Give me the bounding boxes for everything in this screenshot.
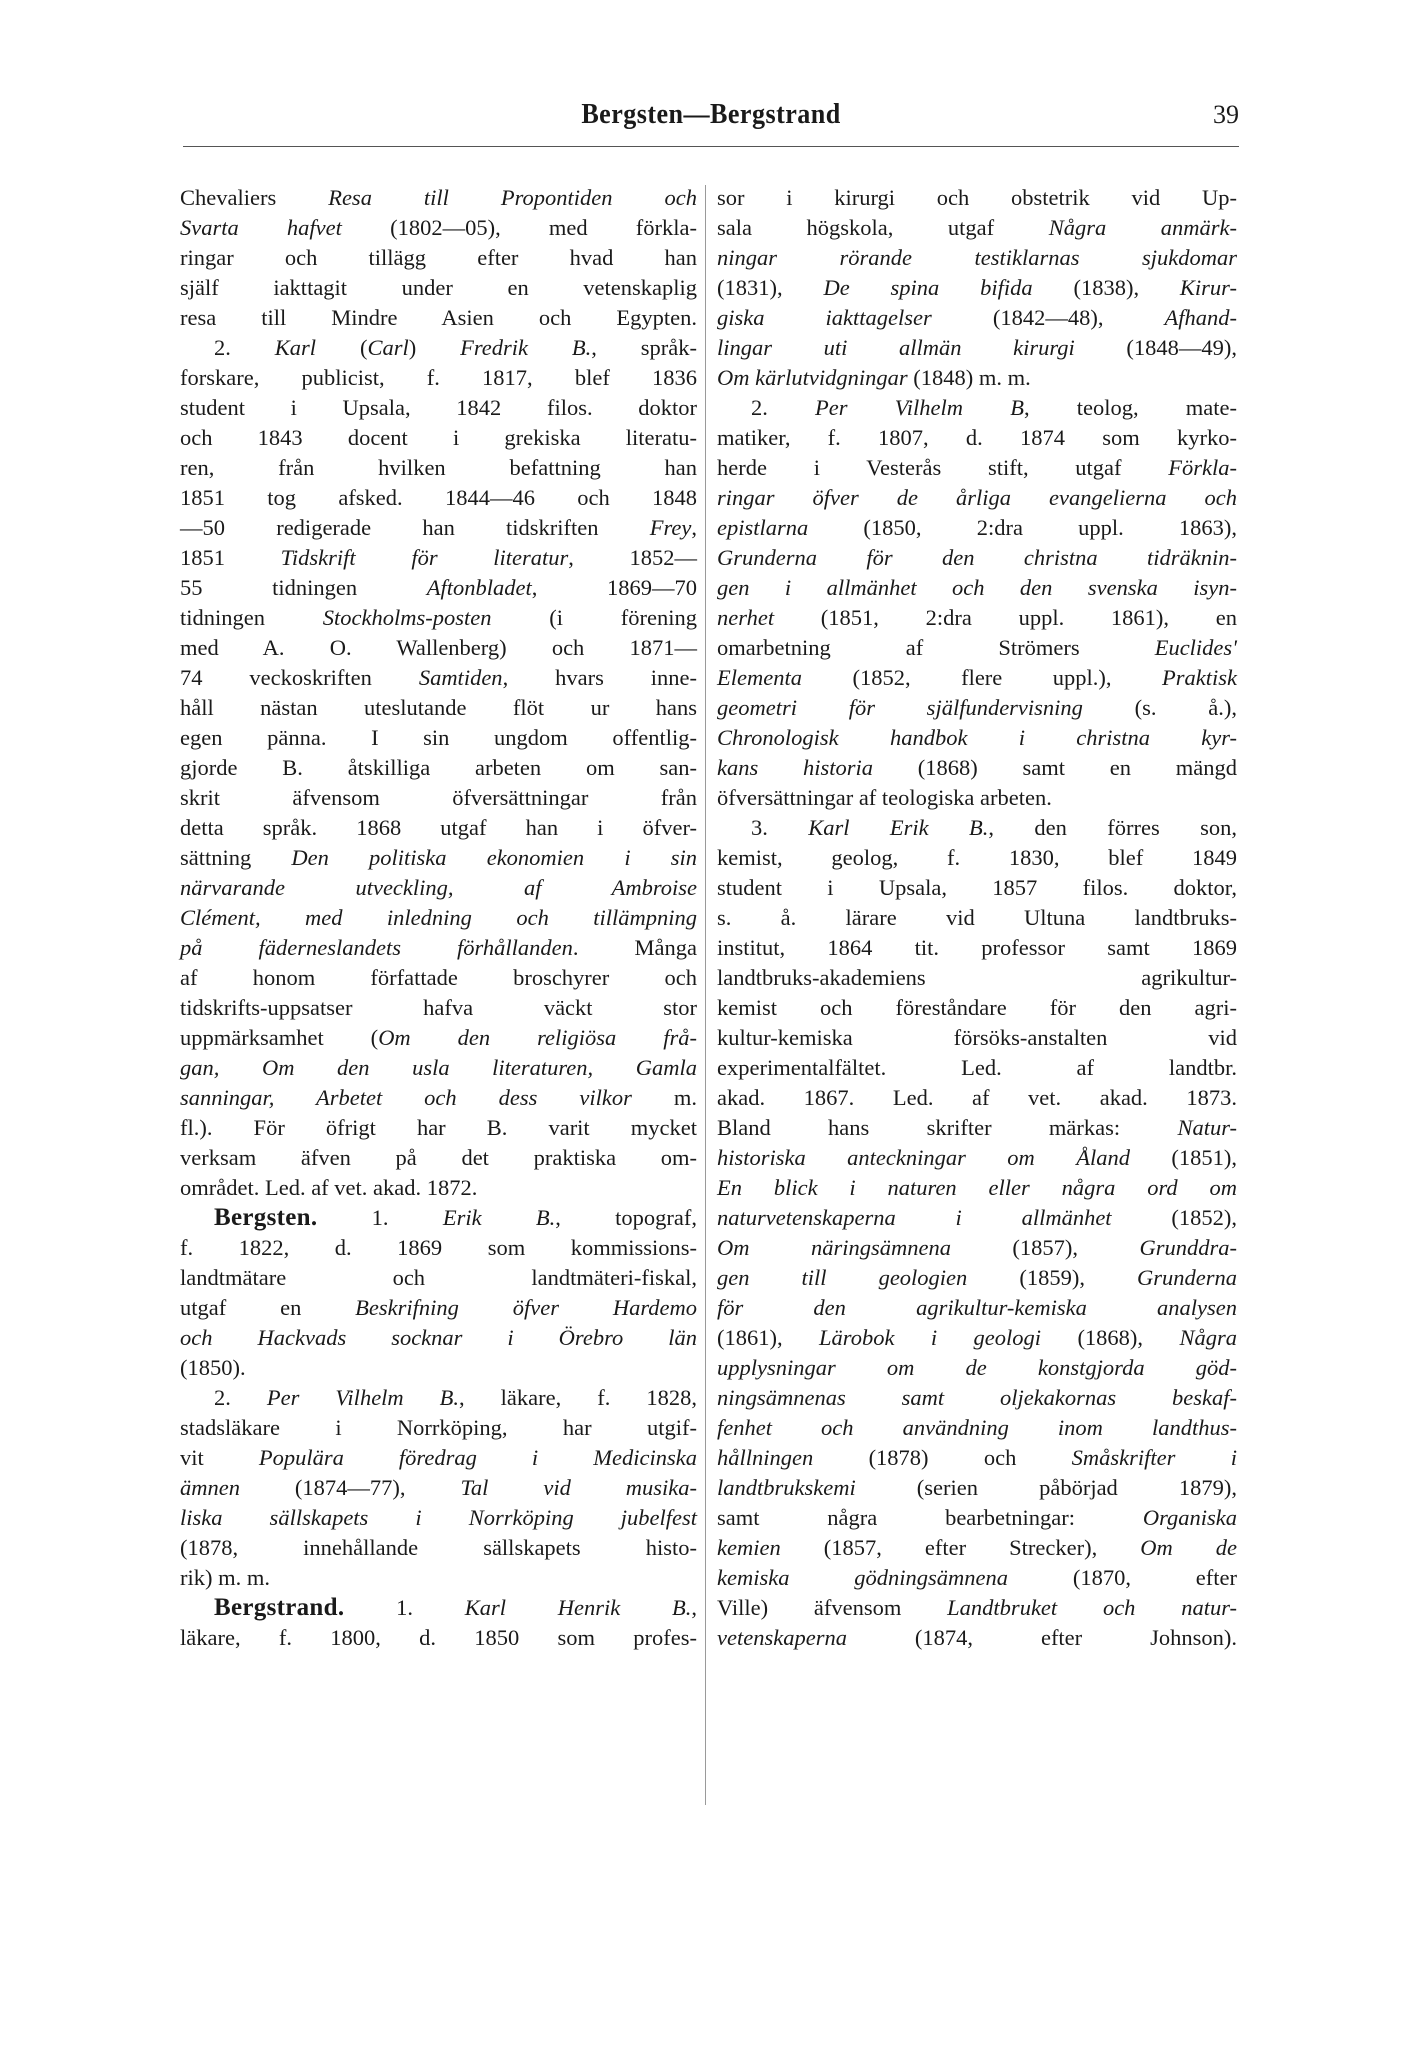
italic-title: epistlarna <box>717 515 808 540</box>
text-segment: (1868), <box>1041 1325 1179 1350</box>
text-segment: student i Upsala, 1842 filos. doktor <box>180 395 697 420</box>
text-line: (1831), De spina bifida (1838), Kirur- <box>717 273 1237 303</box>
text-line: student i Upsala, 1857 filos. doktor, <box>717 873 1237 903</box>
italic-title: Den politiska ekonomien i sin <box>291 845 697 870</box>
text-segment: håll nästan uteslutande flöt ur hans <box>180 695 697 720</box>
text-line: nerhet (1851, 2:dra uppl. 1861), en <box>717 603 1237 633</box>
text-segment: (1874, efter Johnson). <box>847 1625 1237 1650</box>
italic-title: Samtiden <box>419 665 503 690</box>
text-line: området. Led. af vet. akad. 1872. <box>180 1173 697 1203</box>
text-segment: (1861), <box>717 1325 819 1350</box>
text-segment: s. å. lärare vid Ultuna landtbruks- <box>717 905 1237 930</box>
italic-title: Carl <box>367 335 408 360</box>
text-line: giska iakttagelser (1842—48), Afhand- <box>717 303 1237 333</box>
text-line: sor i kirurgi och obstetrik vid Up- <box>717 183 1237 213</box>
text-line: sanningar, Arbetet och dess vilkor m. <box>180 1083 697 1113</box>
italic-title: ringar öfver de årliga evangelierna och <box>717 485 1237 510</box>
text-line: öfversättningar af teologiska arbeten. <box>717 783 1237 813</box>
text-segment: 2. <box>214 1385 267 1410</box>
text-segment: akad. 1867. Led. af vet. akad. 1873. <box>717 1085 1237 1110</box>
italic-title: Tidskrift för literatur <box>281 545 569 570</box>
text-segment: (1850, 2:dra uppl. 1863), <box>808 515 1237 540</box>
italic-title: landtbrukskemi <box>717 1475 856 1500</box>
text-segment: (1859), <box>967 1265 1137 1290</box>
italic-title: på fäderneslandets förhållanden <box>180 935 573 960</box>
text-line: Bergsten. 1. Erik B., topograf, <box>180 1203 697 1233</box>
text-line: student i Upsala, 1842 filos. doktor <box>180 393 697 423</box>
text-segment: (s. å.), <box>1083 695 1237 720</box>
text-line: Bergstrand. 1. Karl Henrik B., <box>180 1593 697 1623</box>
text-line: ringar öfver de årliga evangelierna och <box>717 483 1237 513</box>
text-line: själf iakttagit under en vetenskaplig <box>180 273 697 303</box>
text-segment: sala högskola, utgaf <box>717 215 1049 240</box>
text-segment: , läkare, f. 1828, <box>459 1385 697 1410</box>
italic-title: Om näringsämnena <box>717 1235 951 1260</box>
italic-title: Fredrik B. <box>460 335 591 360</box>
text-segment: Chevaliers <box>180 185 328 210</box>
text-segment: —50 redigerade han tidskriften <box>180 515 650 540</box>
text-segment: 55 tidningen <box>180 575 427 600</box>
text-segment: herde i Vesterås stift, utgaf <box>717 455 1168 480</box>
italic-title: Några anmärk- <box>1049 215 1237 240</box>
italic-title: Euclides' <box>1155 635 1237 660</box>
italic-title: nerhet <box>717 605 774 630</box>
page-title: Bergsten—Bergstrand <box>236 98 1186 131</box>
text-line: (1878, innehållande sällskapets histo- <box>180 1533 697 1563</box>
text-line: kans historia (1868) samt en mängd <box>717 753 1237 783</box>
text-line: —50 redigerade han tidskriften Frey, <box>180 513 697 543</box>
column-divider <box>705 185 706 1805</box>
text-line: kultur-kemiska försöks-anstalten vid <box>717 1023 1237 1053</box>
italic-title: fenhet och användning inom landthus- <box>717 1415 1237 1440</box>
text-segment: 1851 <box>180 545 281 570</box>
italic-title: giska iakttagelser <box>717 305 932 330</box>
text-line: vetenskaperna (1874, efter Johnson). <box>717 1623 1237 1653</box>
text-segment: 2. <box>751 395 815 420</box>
text-line: tidningen Stockholms-posten (i förening <box>180 603 697 633</box>
text-line: uppmärksamhet (Om den religiösa frå- <box>180 1023 697 1053</box>
text-line: (1850). <box>180 1353 697 1383</box>
text-line: f. 1822, d. 1869 som kommissions- <box>180 1233 697 1263</box>
italic-title: Populära föredrag i Medicinska <box>259 1445 697 1470</box>
text-segment: gjorde B. åtskilliga arbeten om san- <box>180 755 697 780</box>
text-segment: , 1869—70 <box>532 575 697 600</box>
italic-title: Aftonbladet <box>427 575 532 600</box>
text-line: ämnen (1874—77), Tal vid musika- <box>180 1473 697 1503</box>
text-line: för den agrikultur-kemiska analysen <box>717 1293 1237 1323</box>
text-segment: detta språk. 1868 utgaf han i öfver- <box>180 815 697 840</box>
text-line: s. å. lärare vid Ultuna landtbruks- <box>717 903 1237 933</box>
text-line: 1851 tog afsked. 1844—46 och 1848 <box>180 483 697 513</box>
text-segment: tidningen <box>180 605 323 630</box>
italic-title: Karl <box>275 335 316 360</box>
text-line: ningar rörande testiklarnas sjukdomar <box>717 243 1237 273</box>
text-line: landtmätare och landtmäteri-fiskal, <box>180 1263 697 1293</box>
italic-title: sanningar, Arbetet och dess vilkor <box>180 1085 632 1110</box>
italic-title: Landtbruket och natur- <box>947 1595 1237 1620</box>
italic-title: närvarande utveckling, af Ambroise <box>180 875 697 900</box>
text-segment: fl.). För öfrigt har B. varit mycket <box>180 1115 697 1140</box>
text-segment: 74 veckoskriften <box>180 665 419 690</box>
text-segment: Ville) äfvensom <box>717 1595 947 1620</box>
text-segment: (1851), <box>1130 1145 1237 1170</box>
italic-title: lingar uti allmän kirurgi <box>717 335 1075 360</box>
italic-title: gen till geologien <box>717 1265 967 1290</box>
left-column: Chevaliers Resa till Propontiden ochSvar… <box>180 183 697 1653</box>
text-segment: öfversättningar af teologiska arbeten. <box>717 785 1052 810</box>
text-segment: och 1843 docent i grekiska literatu- <box>180 425 697 450</box>
text-segment: resa till Mindre Asien och Egypten. <box>180 305 697 330</box>
italic-title: ämnen <box>180 1475 240 1500</box>
text-segment: samt några bearbetningar: <box>717 1505 1143 1530</box>
text-line: 55 tidningen Aftonbladet, 1869—70 <box>180 573 697 603</box>
text-line: kemist, geolog, f. 1830, blef 1849 <box>717 843 1237 873</box>
italic-title: En blick i naturen eller några ord om <box>717 1175 1237 1200</box>
italic-title: gan, Om den usla literaturen, Gamla <box>180 1055 697 1080</box>
text-segment: experimentalfältet. Led. af landtbr. <box>717 1055 1237 1080</box>
italic-title: Tal vid musika- <box>460 1475 697 1500</box>
text-line: detta språk. 1868 utgaf han i öfver- <box>180 813 697 843</box>
text-line: läkare, f. 1800, d. 1850 som profes- <box>180 1623 697 1653</box>
text-line: stadsläkare i Norrköping, har utgif- <box>180 1413 697 1443</box>
text-segment: utgaf en <box>180 1295 355 1320</box>
text-line: herde i Vesterås stift, utgaf Förkla- <box>717 453 1237 483</box>
text-segment: (1857), <box>951 1235 1140 1260</box>
italic-title: och Hackvads socknar i Örebro län <box>180 1325 697 1350</box>
italic-title: geometri för själfundervisning <box>717 695 1083 720</box>
italic-title: Karl Erik B. <box>808 815 988 840</box>
text-segment: , <box>691 1595 697 1620</box>
text-line: närvarande utveckling, af Ambroise <box>180 873 697 903</box>
text-line: naturvetenskaperna i allmänhet (1852), <box>717 1203 1237 1233</box>
text-segment: (1868) samt en mängd <box>873 755 1237 780</box>
text-line: och Hackvads socknar i Örebro län <box>180 1323 697 1353</box>
text-line: resa till Mindre Asien och Egypten. <box>180 303 697 333</box>
italic-title: Beskrifning öfver Hardemo <box>355 1295 697 1320</box>
text-segment: (1870, efter <box>1008 1565 1237 1590</box>
text-segment: området. Led. af vet. akad. 1872. <box>180 1175 477 1200</box>
text-line: rik) m. m. <box>180 1563 697 1593</box>
italic-title: Frey <box>650 515 692 540</box>
text-line: landtbruks-akademiens agrikultur- <box>717 963 1237 993</box>
text-segment: af honom författade broschyrer och <box>180 965 697 990</box>
text-line: hållningen (1878) och Småskrifter i <box>717 1443 1237 1473</box>
text-line: med A. O. Wallenberg) och 1871— <box>180 633 697 663</box>
italic-title: för den agrikultur-kemiska analysen <box>717 1295 1237 1320</box>
text-line: och 1843 docent i grekiska literatu- <box>180 423 697 453</box>
text-line: sättning Den politiska ekonomien i sin <box>180 843 697 873</box>
text-segment: rik) m. m. <box>180 1565 270 1590</box>
italic-title: Grunderna <box>1137 1265 1237 1290</box>
italic-title: Stockholms-posten <box>323 605 492 630</box>
text-line: landtbrukskemi (serien påbörjad 1879), <box>717 1473 1237 1503</box>
entry-headword: Bergstrand. <box>214 1594 344 1621</box>
text-segment: (1850). <box>180 1355 246 1380</box>
text-line: geometri för själfundervisning (s. å.), <box>717 693 1237 723</box>
text-segment: matiker, f. 1807, d. 1874 som kyrko- <box>717 425 1237 450</box>
text-segment: (1842—48), <box>932 305 1165 330</box>
italic-title: vetenskaperna <box>717 1625 847 1650</box>
italic-title: ningar rörande testiklarnas sjukdomar <box>717 245 1237 270</box>
italic-title: Organiska <box>1143 1505 1237 1530</box>
text-segment: ren, från hvilken befattning han <box>180 455 697 480</box>
text-line: experimentalfältet. Led. af landtbr. <box>717 1053 1237 1083</box>
text-segment: student i Upsala, 1857 filos. doktor, <box>717 875 1237 900</box>
text-line: gen till geologien (1859), Grunderna <box>717 1263 1237 1293</box>
text-segment: (1848) m. m. <box>908 365 1031 390</box>
text-line: Om kärlutvidgningar (1848) m. m. <box>717 363 1237 393</box>
text-segment: tidskrifts-uppsatser hafva väckt stor <box>180 995 697 1020</box>
italic-title: Erik B. <box>443 1205 555 1230</box>
text-line: ren, från hvilken befattning han <box>180 453 697 483</box>
text-segment: själf iakttagit under en vetenskaplig <box>180 275 697 300</box>
text-segment: kemist, geolog, f. 1830, blef 1849 <box>717 845 1237 870</box>
text-segment: verksam äfven på det praktiska om- <box>180 1145 697 1170</box>
text-line: Ville) äfvensom Landtbruket och natur- <box>717 1593 1237 1623</box>
text-line: 2. Per Vilhelm B, teolog, mate- <box>717 393 1237 423</box>
entry-headword: Bergsten. <box>214 1204 317 1231</box>
text-segment: (1831), <box>717 275 823 300</box>
text-line: Chronologisk handbok i christna kyr- <box>717 723 1237 753</box>
text-segment: omarbetning af Strömers <box>717 635 1155 660</box>
text-segment: (1874—77), <box>240 1475 460 1500</box>
text-line: kemist och föreståndare för den agri- <box>717 993 1237 1023</box>
text-segment: sor i kirurgi och obstetrik vid Up- <box>717 185 1237 210</box>
text-line: ningsämnenas samt oljekakornas beskaf- <box>717 1383 1237 1413</box>
text-segment: institut, 1864 tit. professor samt 1869 <box>717 935 1237 960</box>
text-segment: 1851 tog afsked. 1844—46 och 1848 <box>180 485 697 510</box>
text-line: gjorde B. åtskilliga arbeten om san- <box>180 753 697 783</box>
italic-title: Om de <box>1140 1535 1237 1560</box>
text-line: institut, 1864 tit. professor samt 1869 <box>717 933 1237 963</box>
text-segment: (1838), <box>1033 275 1180 300</box>
text-segment: , hvars inne- <box>503 665 697 690</box>
text-line: En blick i naturen eller några ord om <box>717 1173 1237 1203</box>
italic-title: upplysningar om de konstgjorda göd- <box>717 1355 1237 1380</box>
text-line: Om näringsämnena (1857), Grunddra- <box>717 1233 1237 1263</box>
text-line: upplysningar om de konstgjorda göd- <box>717 1353 1237 1383</box>
text-segment: sättning <box>180 845 291 870</box>
text-segment: (1848—49), <box>1075 335 1237 360</box>
text-segment: uppmärksamhet ( <box>180 1025 378 1050</box>
text-segment: (1852), <box>1112 1205 1237 1230</box>
italic-title: kemiska gödningsämnena <box>717 1565 1008 1590</box>
right-column: sor i kirurgi och obstetrik vid Up-sala … <box>717 183 1237 1653</box>
text-segment: , 1852— <box>568 545 697 570</box>
italic-title: Lärobok i geologi <box>819 1325 1041 1350</box>
italic-title: kans historia <box>717 755 873 780</box>
text-segment: , den förres son, <box>988 815 1237 840</box>
italic-title: Några <box>1179 1325 1237 1350</box>
text-segment: landtmätare och landtmäteri-fiskal, <box>180 1265 697 1290</box>
text-line: utgaf en Beskrifning öfver Hardemo <box>180 1293 697 1323</box>
text-segment: , teolog, mate- <box>1024 395 1237 420</box>
text-segment: forskare, publicist, f. 1817, blef 1836 <box>180 365 697 390</box>
italic-title: naturvetenskaperna i allmänhet <box>717 1205 1112 1230</box>
text-line: Chevaliers Resa till Propontiden och <box>180 183 697 213</box>
italic-title: ningsämnenas samt oljekakornas beskaf- <box>717 1385 1237 1410</box>
text-line: 74 veckoskriften Samtiden, hvars inne- <box>180 663 697 693</box>
italic-title: hållningen <box>717 1445 813 1470</box>
italic-title: kemien <box>717 1535 781 1560</box>
text-line: gen i allmänhet och den svenska isyn- <box>717 573 1237 603</box>
text-segment: (1852, flere uppl.), <box>802 665 1162 690</box>
text-line: gan, Om den usla literaturen, Gamla <box>180 1053 697 1083</box>
text-segment: . Många <box>573 935 697 960</box>
italic-title: Om kärlutvidgningar <box>717 365 908 390</box>
text-line: verksam äfven på det praktiska om- <box>180 1143 697 1173</box>
text-segment: (1878) och <box>813 1445 1071 1470</box>
text-segment: 1. <box>344 1595 464 1620</box>
text-segment: , topograf, <box>555 1205 697 1230</box>
text-line: epistlarna (1850, 2:dra uppl. 1863), <box>717 513 1237 543</box>
italic-title: historiska anteckningar om Åland <box>717 1145 1130 1170</box>
text-line: omarbetning af Strömers Euclides' <box>717 633 1237 663</box>
text-segment: läkare, f. 1800, d. 1850 som profes- <box>180 1625 697 1650</box>
italic-title: Per Vilhelm B. <box>267 1385 459 1410</box>
italic-title: liska sällskapets i Norrköping jubelfest <box>180 1505 697 1530</box>
text-segment: (1857, efter Strecker), <box>781 1535 1141 1560</box>
italic-title: gen i allmänhet och den svenska isyn- <box>717 575 1237 600</box>
text-line: ringar och tillägg efter hvad han <box>180 243 697 273</box>
text-segment: vit <box>180 1445 259 1470</box>
italic-title: Praktisk <box>1162 665 1237 690</box>
text-segment: , <box>691 515 697 540</box>
text-line: (1861), Lärobok i geologi (1868), Några <box>717 1323 1237 1353</box>
italic-title: Om den religiösa frå- <box>378 1025 697 1050</box>
text-line: vit Populära föredrag i Medicinska <box>180 1443 697 1473</box>
text-line: kemiska gödningsämnena (1870, efter <box>717 1563 1237 1593</box>
italic-title: Resa till Propontiden och <box>328 185 697 210</box>
text-segment: f. 1822, d. 1869 som kommissions- <box>180 1235 697 1260</box>
text-segment: egen pänna. I sin ungdom offentlig- <box>180 725 697 750</box>
italic-title: Grunddra- <box>1139 1235 1237 1260</box>
text-line: fenhet och användning inom landthus- <box>717 1413 1237 1443</box>
text-line: tidskrifts-uppsatser hafva väckt stor <box>180 993 697 1023</box>
italic-title: Kirur- <box>1180 275 1237 300</box>
text-segment: skrit äfvensom öfversättningar från <box>180 785 697 810</box>
text-segment: , språk- <box>591 335 697 360</box>
text-segment: 2. <box>214 335 275 360</box>
text-segment: med A. O. Wallenberg) och 1871— <box>180 635 697 660</box>
text-line: 2. Per Vilhelm B., läkare, f. 1828, <box>180 1383 697 1413</box>
text-segment: kemist och föreståndare för den agri- <box>717 995 1237 1020</box>
text-segment: 3. <box>751 815 808 840</box>
text-segment: 1. <box>317 1205 442 1230</box>
italic-title: Elementa <box>717 665 802 690</box>
text-segment: ) <box>409 335 460 360</box>
text-line: på fäderneslandets förhållanden. Många <box>180 933 697 963</box>
italic-title: Clément, med inledning och tillämpning <box>180 905 697 930</box>
text-segment: stadsläkare i Norrköping, har utgif- <box>180 1415 697 1440</box>
text-line: egen pänna. I sin ungdom offentlig- <box>180 723 697 753</box>
text-line: Grunderna för den christna tidräknin- <box>717 543 1237 573</box>
text-line: liska sällskapets i Norrköping jubelfest <box>180 1503 697 1533</box>
italic-title: Natur- <box>1177 1115 1237 1140</box>
text-line: af honom författade broschyrer och <box>180 963 697 993</box>
text-line: Bland hans skrifter märkas: Natur- <box>717 1113 1237 1143</box>
italic-title: Karl Henrik B. <box>465 1595 692 1620</box>
page-number: 39 <box>1213 100 1239 130</box>
text-segment: kultur-kemiska försöks-anstalten vid <box>717 1025 1237 1050</box>
italic-title: Förkla- <box>1168 455 1237 480</box>
italic-title: Grunderna för den christna tidräknin- <box>717 545 1237 570</box>
italic-title: Afhand- <box>1165 305 1238 330</box>
text-line: Elementa (1852, flere uppl.), Praktisk <box>717 663 1237 693</box>
running-header: Bergsten—Bergstrand 39 <box>183 98 1239 138</box>
text-segment: ( <box>316 335 367 360</box>
text-segment: (1802—05), med förkla- <box>342 215 697 240</box>
text-segment: (1878, innehållande sällskapets histo- <box>180 1535 697 1560</box>
text-segment: landtbruks-akademiens agrikultur- <box>717 965 1237 990</box>
italic-title: Småskrifter i <box>1072 1445 1237 1470</box>
text-line: skrit äfvensom öfversättningar från <box>180 783 697 813</box>
italic-title: Chronologisk handbok i christna kyr- <box>717 725 1237 750</box>
text-segment: (i förening <box>491 605 697 630</box>
text-line: forskare, publicist, f. 1817, blef 1836 <box>180 363 697 393</box>
text-line: akad. 1867. Led. af vet. akad. 1873. <box>717 1083 1237 1113</box>
text-segment: ringar och tillägg efter hvad han <box>180 245 697 270</box>
italic-title: Svarta hafvet <box>180 215 342 240</box>
text-segment: m. <box>632 1085 697 1110</box>
text-line: historiska anteckningar om Åland (1851), <box>717 1143 1237 1173</box>
text-line: håll nästan uteslutande flöt ur hans <box>180 693 697 723</box>
text-line: fl.). För öfrigt har B. varit mycket <box>180 1113 697 1143</box>
text-line: Clément, med inledning och tillämpning <box>180 903 697 933</box>
text-line: 3. Karl Erik B., den förres son, <box>717 813 1237 843</box>
text-line: samt några bearbetningar: Organiska <box>717 1503 1237 1533</box>
text-line: Svarta hafvet (1802—05), med förkla- <box>180 213 697 243</box>
text-segment: (serien påbörjad 1879), <box>856 1475 1237 1500</box>
text-line: matiker, f. 1807, d. 1874 som kyrko- <box>717 423 1237 453</box>
italic-title: Per Vilhelm B <box>815 395 1024 420</box>
text-line: kemien (1857, efter Strecker), Om de <box>717 1533 1237 1563</box>
header-rule <box>183 146 1239 147</box>
text-line: 1851 Tidskrift för literatur, 1852— <box>180 543 697 573</box>
text-line: 2. Karl (Carl) Fredrik B., språk- <box>180 333 697 363</box>
text-line: lingar uti allmän kirurgi (1848—49), <box>717 333 1237 363</box>
text-line: sala högskola, utgaf Några anmärk- <box>717 213 1237 243</box>
text-segment: (1851, 2:dra uppl. 1861), en <box>774 605 1237 630</box>
text-segment: Bland hans skrifter märkas: <box>717 1115 1177 1140</box>
italic-title: De spina bifida <box>823 275 1032 300</box>
